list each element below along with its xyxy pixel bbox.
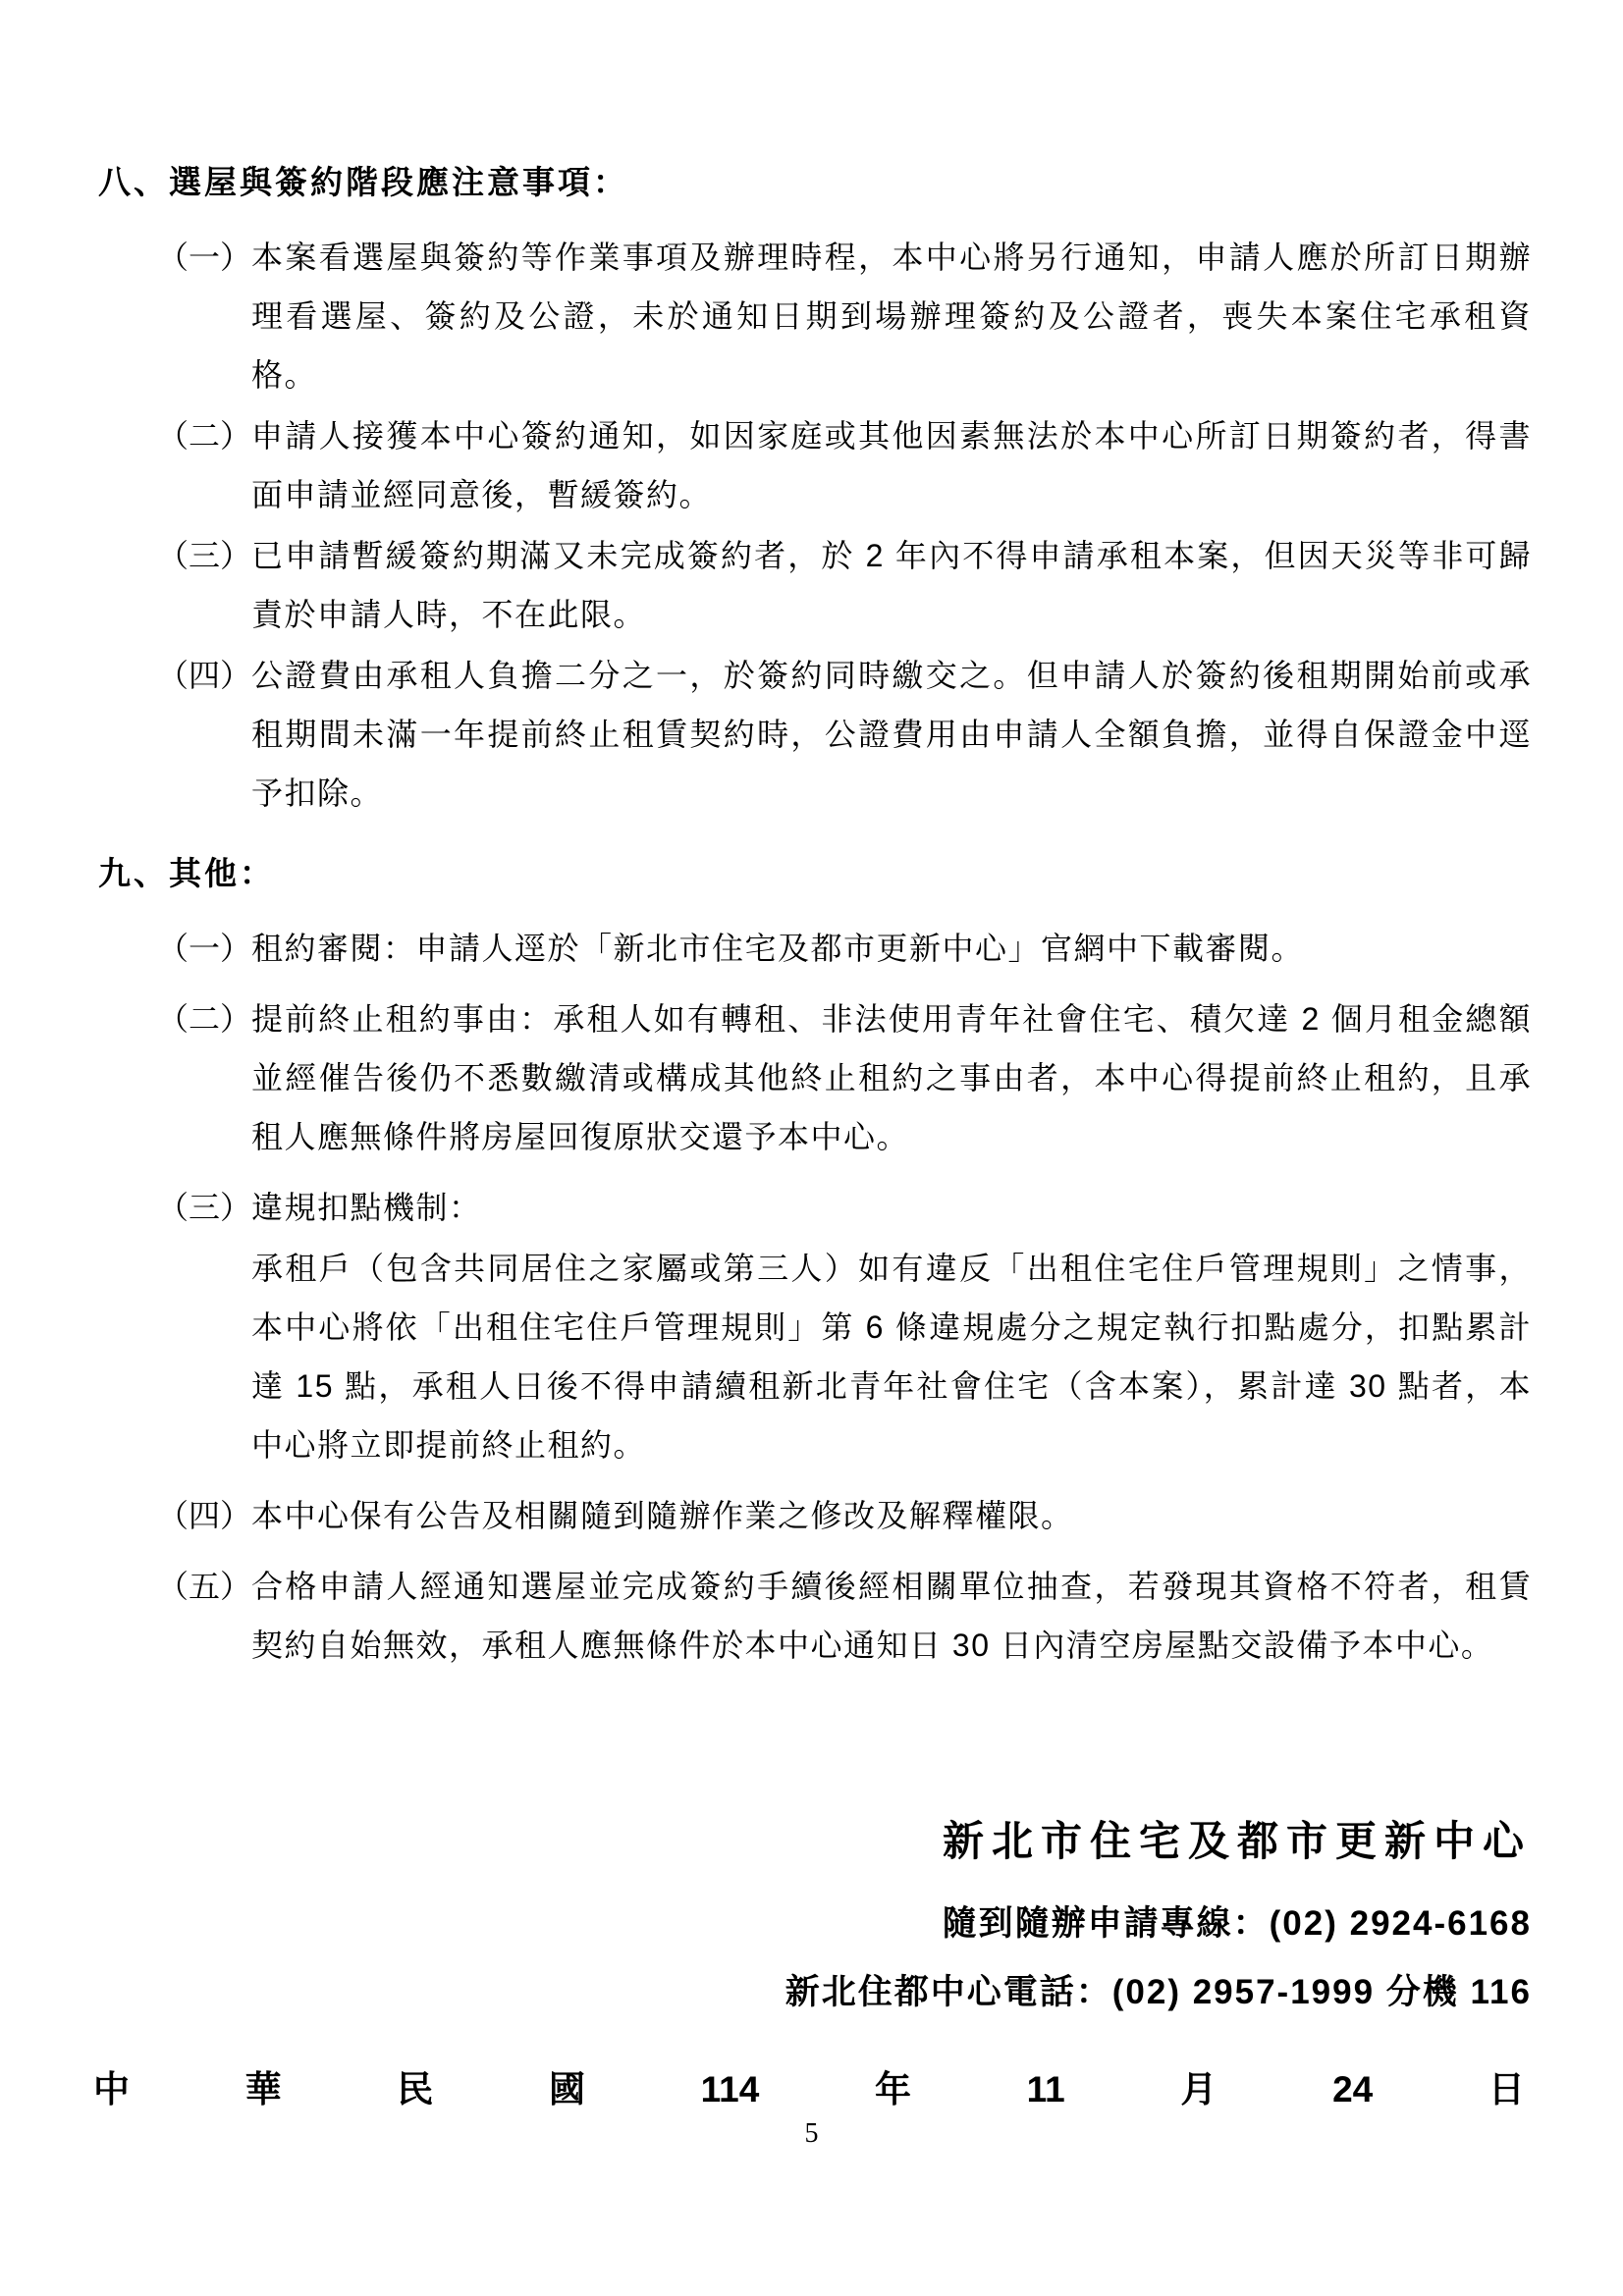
item-number: （一） (157, 228, 251, 287)
item-number: （三） (157, 1178, 251, 1237)
section-heading: 八、選屋與簽約階段應注意事項： (98, 159, 1532, 206)
item-number: （三） (157, 526, 251, 585)
item-text: 公證費由承租人負擔二分之一，於簽約同時繳交之。但申請人於簽約後租期開始前或承租期… (251, 646, 1532, 823)
item-number: （一） (157, 919, 251, 978)
organization-name: 新北市住宅及都市更新中心 (98, 1812, 1532, 1871)
section-items: （一） 租約審閱：申請人逕於「新北市住宅及都市更新中心」官網中下載審閱。 （二）… (157, 919, 1532, 1675)
item-text: 本案看選屋與簽約等作業事項及辦理時程，本中心將另行通知，申請人應於所訂日期辦理看… (251, 228, 1532, 404)
item-text: 申請人接獲本中心簽約通知，如因家庭或其他因素無法於本中心所訂日期簽約者，得書面申… (251, 406, 1532, 524)
date-token: 年 (875, 2059, 911, 2112)
list-item: （四） 本中心保有公告及相關隨到隨辦作業之修改及解釋權限。 (157, 1486, 1532, 1545)
date-token: 日 (1488, 2059, 1525, 2112)
item-text: 提前終止租約事由：承租人如有轉租、非法使用青年社會住宅、積欠達 2 個月租金總額… (251, 989, 1532, 1166)
item-number: （四） (157, 1486, 251, 1545)
item-text: 租約審閱：申請人逕於「新北市住宅及都市更新中心」官網中下載審閱。 (251, 919, 1532, 978)
item-number: （四） (157, 646, 251, 705)
list-item: （五） 合格申請人經通知選屋並完成簽約手續後經相關單位抽查，若發現其資格不符者，… (157, 1557, 1532, 1675)
date-token: 華 (245, 2059, 282, 2112)
roc-date-line: 中 華 民 國 114 年 11 月 24 日 (93, 2059, 1525, 2112)
item-number: （二） (157, 406, 251, 465)
list-item: （一） 租約審閱：申請人逕於「新北市住宅及都市更新中心」官網中下載審閱。 (157, 919, 1532, 978)
document-page: 八、選屋與簽約階段應注意事項： （一） 本案看選屋與簽約等作業事項及辦理時程，本… (0, 0, 1623, 2296)
item-text: 違規扣點機制： (251, 1178, 1532, 1237)
section-heading: 九、其他： (98, 850, 1532, 897)
list-item: （四） 公證費由承租人負擔二分之一，於簽約同時繳交之。但申請人於簽約後租期開始前… (157, 646, 1532, 823)
section-items: （一） 本案看選屋與簽約等作業事項及辦理時程，本中心將另行通知，申請人應於所訂日… (157, 228, 1532, 823)
item-text: 本中心保有公告及相關隨到隨辦作業之修改及解釋權限。 (251, 1486, 1532, 1545)
section-house-selection: 八、選屋與簽約階段應注意事項： （一） 本案看選屋與簽約等作業事項及辦理時程，本… (98, 159, 1532, 823)
center-phone: 新北住都中心電話：(02) 2957-1999 分機 116 (98, 1969, 1532, 2016)
section-others: 九、其他： （一） 租約審閱：申請人逕於「新北市住宅及都市更新中心」官網中下載審… (98, 850, 1532, 1675)
item-text-group: 違規扣點機制： 承租戶（包含共同居住之家屬或第三人）如有違反「出租住宅住戶管理規… (251, 1178, 1532, 1474)
item-text: 已申請暫緩簽約期滿又未完成簽約者，於 2 年內不得申請承租本案，但因天災等非可歸… (251, 526, 1532, 644)
date-token: 民 (397, 2059, 433, 2112)
item-number: （二） (157, 989, 251, 1048)
date-token-year: 114 (701, 2069, 760, 2110)
list-item: （三） 已申請暫緩簽約期滿又未完成簽約者，於 2 年內不得申請承租本案，但因天災… (157, 526, 1532, 644)
date-token: 中 (93, 2059, 130, 2112)
list-item: （二） 提前終止租約事由：承租人如有轉租、非法使用青年社會住宅、積欠達 2 個月… (157, 989, 1532, 1166)
document-content: 八、選屋與簽約階段應注意事項： （一） 本案看選屋與簽約等作業事項及辦理時程，本… (98, 159, 1532, 2038)
page-number: 5 (0, 2118, 1623, 2150)
item-number: （五） (157, 1557, 251, 1616)
date-token: 國 (549, 2059, 585, 2112)
date-token: 月 (1180, 2059, 1217, 2112)
item-sub-paragraph: 承租戶（包含共同居住之家屬或第三人）如有違反「出租住宅住戶管理規則」之情事，本中… (251, 1239, 1532, 1474)
list-item: （一） 本案看選屋與簽約等作業事項及辦理時程，本中心將另行通知，申請人應於所訂日… (157, 228, 1532, 404)
list-item: （三） 違規扣點機制： 承租戶（包含共同居住之家屬或第三人）如有違反「出租住宅住… (157, 1178, 1532, 1474)
item-text: 合格申請人經通知選屋並完成簽約手續後經相關單位抽查，若發現其資格不符者，租賃契約… (251, 1557, 1532, 1675)
signature-block: 新北市住宅及都市更新中心 隨到隨辦申請專線：(02) 2924-6168 新北住… (98, 1812, 1532, 2016)
list-item: （二） 申請人接獲本中心簽約通知，如因家庭或其他因素無法於本中心所訂日期簽約者，… (157, 406, 1532, 524)
date-token-day: 24 (1332, 2069, 1373, 2110)
hotline-phone: 隨到隨辦申請專線：(02) 2924-6168 (98, 1900, 1532, 1948)
date-token-month: 11 (1027, 2069, 1065, 2110)
